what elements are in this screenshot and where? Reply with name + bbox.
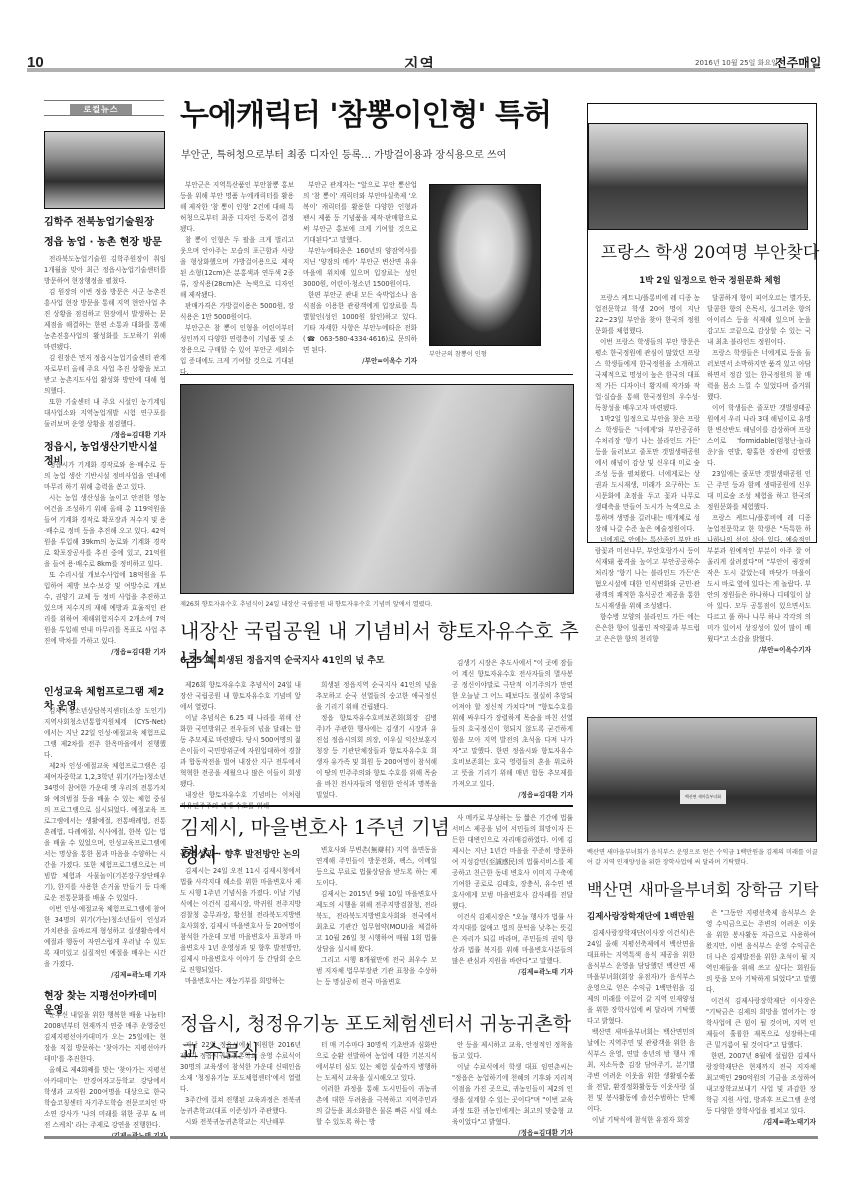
paragraph: 내장산 향토자유수호 기념비는 이처럼 자유민주주의 체제 수호를 위해 xyxy=(180,790,301,812)
byline: /부안=이옥수기자 xyxy=(707,645,811,656)
memorial-column-3: 김생기 시장은 추도사에서 "이 곳에 잠들어 계신 향토자유수호 전사자들의 … xyxy=(452,658,573,801)
paragraph: 변호사와 무변촌(無辯村) 지역 읍면동을 연계해 주민들이 방문전화, 팩스,… xyxy=(316,845,437,889)
byline: /김제=곽노태 기자 xyxy=(452,967,573,978)
donation-sign: 백산면 새마을부녀회 xyxy=(680,790,726,804)
paragraph: 1박2일 일정으로 부안을 찾은 프랑스 학생들은 '너에게'와 부안공공하수처… xyxy=(595,414,700,535)
paragraph: 김제시는 24일 오전 11시 김제시청에서 법률 사각지대 해소를 위한 마을… xyxy=(180,866,301,976)
scholarship-column-2: 은 "그동안 지평선축제 음식부스 운영 수익금으로는 주변의 어려운 이웃을 … xyxy=(706,908,816,1128)
lawyer-column-2: 변호사와 무변촌(無辯村) 지역 읍면동을 연계해 주민들이 방문전화, 팩스,… xyxy=(316,845,437,988)
paragraph: 이어 학생들은 줄포만 갯벌생태공원에서 우리 나라 3대 해넘이로 유명한 변… xyxy=(707,403,811,469)
farming-column-1: 지난 22일 정읍시에서 지원한 2016년 제4기 정읍시귀농귀촌학교 운영 … xyxy=(180,1040,301,1128)
france-column-1: 프랑스 케트니/플롱비에 레 디종 농업전문학교 학생 20여 명이 지난 22… xyxy=(595,293,700,645)
paragraph: 이번 프랑스 학생들의 부안 방문은 평소 한국정원에 관심이 많았던 프랑스 … xyxy=(595,337,700,414)
memorial-photo xyxy=(180,384,574,594)
article-body: 정읍시가 기계화 경작로와 용·배수로 등의 농업 생산 기반시설 정비사업을 … xyxy=(44,460,166,658)
paragraph: 그리고 시행 8개월만에 전국 최우수 모범 지자체 법무부장관 기관 표창을 … xyxy=(316,955,437,988)
memorial-subheadline: 6.25 때 희생된 정읍지역 순국지사 41인의 넋 추모 xyxy=(180,653,440,666)
paragraph: 시와 전북귀농귀촌학교는 지난해부 xyxy=(180,1117,301,1128)
byline: /정읍=김대환 기자 xyxy=(44,647,166,658)
memorial-column-2: 희생된 정읍지역 순국지사 41인의 넋을 추모하고 순국 선열들의 숭고한 애… xyxy=(316,680,437,801)
paragraph: 정읍 향토자유수호비보존회(회장 김병주)가 주관한 행사에는 김생기 시장과 … xyxy=(316,713,437,801)
paragraph: 이건식 김제사랑장학재단 이사장은 "기탁금은 김제의 희망을 열어가는 장학사… xyxy=(706,996,816,1051)
paragraph: 사 메카로 부상하는 등 짧은 기간에 법률서비스 제공을 넘어 서민들의 희망… xyxy=(452,813,573,912)
sidebar-label-rule-top xyxy=(44,100,164,101)
header-divider xyxy=(27,68,815,72)
article-body: 전라북도농업기술원 김학주원장이 취임 1개월을 맞아 최근 정읍시농업기술센터… xyxy=(44,254,166,441)
paragraph: 이날 기탁식에 참석한 유점자 회장 xyxy=(587,1115,695,1126)
students-photo xyxy=(588,123,808,230)
paragraph: 부안누에타운은 160년의 양잠역사를 지닌 '양잠의 메카' 부안군 변산면 … xyxy=(303,246,417,290)
paragraph: 3주간에 걸쳐 진행된 교육과정은 전북귀농귀촌학교(대표 이준성)가 주관했다… xyxy=(180,1095,301,1117)
farming-column-3: 안 등을 제시하고 교육, 안정적인 정착을 돕고 있다. 이날 수료식에서 학… xyxy=(452,1040,573,1139)
article-subtitle: 정읍 농업 · 농촌 현장 방문 xyxy=(44,236,168,250)
paragraph: 이날 추념식은 6.25 때 나라를 위해 산화한 국민방위군 전우들의 넋을 … xyxy=(180,713,301,790)
paragraph: 시는 농업 생산성을 높이고 안전한 영농 여건을 조성하기 위해 올해 총 1… xyxy=(44,493,166,570)
byline: /김제=곽노태기자 xyxy=(706,1117,816,1128)
byline: /김제=곽노태 기자 xyxy=(44,970,166,981)
article-title: 김학주 전북농업기술원장 xyxy=(44,216,168,230)
paragraph: 향수병 모양의 블라인드 가든 에는 은은한 향이 일품인 작약꽃과 부드럽고 … xyxy=(595,612,700,645)
paragraph: 부안군은 참 뽕이 인형을 어린이부터 성인까지 다양한 연령층이 기념품 및 … xyxy=(180,323,294,378)
paragraph: 올해로 제4회째를 맞는 '찾아가는 지평선아카데미'는 만경여자고등학교 강당… xyxy=(44,1065,166,1131)
farming-column-2: 터 매 기수마다 30명씩 기초반과 심화반으로 순환 선발하여 농업에 대한 … xyxy=(316,1040,437,1128)
lead-column-1: 부안군은 지역특산품인 부안참뽕 홍보 등을 위해 부안 명품 누에캐릭터를 활… xyxy=(180,180,294,378)
memorial-bottom-rule xyxy=(180,805,573,807)
paragraph: 23일에는 줄포만 갯벌생태공원 인근 주민 등과 함께 생태공원에 신우대 미… xyxy=(707,469,811,513)
paragraph: 은 "그동안 지평선축제 음식부스 운영 수익금으로는 주변의 어려운 이웃을 … xyxy=(706,908,816,996)
paragraph: 백산면 새마을부녀회는 백산면민의 날에는 지역주민 및 관광객을 위한 음식부… xyxy=(587,1027,695,1115)
sidebar-label: 로컬뉴스 xyxy=(70,104,132,115)
paragraph: 제26회 향토자유수호 추념식이 24일 내장산 국립공원 내 향토자유수호 기… xyxy=(180,680,301,713)
visit-photo xyxy=(44,131,165,209)
paragraph: 터 매 기수마다 30명씩 기초반과 심화반으로 순환 선발하여 농업에 대한 … xyxy=(316,1040,437,1084)
paragraph: 전라북도농업기술원 김학주원장이 취임 1개월을 맞아 최근 정읍시농업기술센터… xyxy=(44,254,166,287)
paragraph: 희생된 정읍지역 순국지사 41인의 넋을 추모하고 순국 선열들의 숭고한 애… xyxy=(316,680,437,713)
paragraph: 정읍시가 기계화 경작로와 용·배수로 등의 농업 생산 기반시설 정비사업을 … xyxy=(44,460,166,493)
paragraph: 이날 수료식에서 학생 대표 임연춘씨는 "정읍은 농업하기에 천혜의 기후와 … xyxy=(452,1062,573,1128)
scholarship-headline: 백산면 새마을부녀회 장학금 기탁 xyxy=(587,878,827,902)
article-body: 김제시청소년상담복지센터(소장 도인기) 지역사회청소년통합지원체계 (CYS-… xyxy=(44,706,166,981)
paragraph: 달콤하게 향이 피어오르는 별가뭇, 달콤한 향의 은목서, 싱그러운 향의 아… xyxy=(707,293,811,348)
doll-photo xyxy=(429,184,541,346)
paragraph: 또 수리시설 개보수사업에 18억원을 투입하여 제방 보수·보강 및 여방수로… xyxy=(44,570,166,647)
paragraph: 프랑스 학생들은 너에게로 등을 둘러보면서 소박하지만 품격 있고 아담하면서… xyxy=(707,348,811,403)
doll-photo-caption: 부안군의 참뽕이 인형 xyxy=(429,350,549,360)
issue-date: 2016년 10월 25일 화요일 xyxy=(695,58,778,68)
paragraph: 참 뽕이 인형은 두 팔을 크게 벌리고 웃으며 안아주는 모습의 포근함과 사… xyxy=(180,235,294,301)
paragraph: 이건식 김제시장은 "오늘 행사가 법률 사각지대를 없애고 법의 문턱을 낮추… xyxy=(452,912,573,967)
paragraph: 한편, 2007년 8월에 설립한 김제사랑장학재단은 현재까지 전국 지자체 … xyxy=(706,1051,816,1117)
paragraph: 김제사랑장학재단(이사장 이건식)은 24일 올해 지평선축제에서 백산면을 대… xyxy=(587,928,695,1027)
memorial-photo-caption: 제26회 향토자유수호 추념식이 24일 내장산 국립공원 내 향토자유수호 기… xyxy=(180,600,574,610)
byline: /정읍=김대환 기자 xyxy=(452,790,573,801)
lead-headline: 누에캐릭터 '참뽕이인형' 특허 xyxy=(180,96,570,136)
france-subheadline: 1박 2일 일정으로 한국 정원문화 체험 xyxy=(600,274,820,286)
lawyer-column-3: 사 메카로 부상하는 등 짧은 기간에 법률서비스 제공을 넘어 서민들의 희망… xyxy=(452,813,573,978)
paragraph: 또한 기술센터 내 주요 시설인 농기계임대사업소와 지역농업개발 시험 연구포… xyxy=(44,397,166,430)
paragraph: 이러한 과정을 통해 도시민들이 귀농귀촌에 대한 두려움을 극복하고 지역주민… xyxy=(316,1084,437,1128)
sidebar-bottom-rule xyxy=(44,1136,168,1139)
byline: /부안=이옥수 기자 xyxy=(303,356,417,367)
lawyer-subheadline: 운영성과 · 향후 발전방안 논의 xyxy=(180,847,310,860)
article-body: 눈부신 내일을 위한 행복한 배움 나눔터! 2008년부터 현재까지 연중 매… xyxy=(44,1010,166,1142)
memorial-column-1: 제26회 향토자유수호 추념식이 24일 내장산 국립공원 내 향토자유수호 기… xyxy=(180,680,301,812)
paragraph: 김제시는 2015년 9월 10일 마을변호사 제도의 시행을 위해 전주지방검… xyxy=(316,889,437,955)
scholarship-column-1: 김제사랑장학재단(이사장 이건식)은 24일 올해 지평선축제에서 백산면을 대… xyxy=(587,928,695,1126)
paragraph: 마을변호사는 재능기부를 희망하는 xyxy=(180,976,301,987)
paragraph: 김생기 시장은 추도사에서 "이 곳에 잠들어 계신 향토자유수호 전사자들의 … xyxy=(452,658,573,790)
page-bottom-rule xyxy=(170,1136,818,1139)
paragraph: 김 원장은 먼저 정읍시농업기술센터 관계자로부터 올해 주요 사업 추진 상황… xyxy=(44,353,166,397)
byline: /정읍=김대환 기자 xyxy=(44,430,166,441)
paragraph: 김 원장의 이번 정읍 방문은 시군 농촌진흥사업 현장 방문을 통해 지역 현… xyxy=(44,287,166,353)
paragraph: 눈부신 내일을 위한 행복한 배움 나눔터! 2008년부터 현재까지 연중 매… xyxy=(44,1010,166,1065)
paragraph: 부안군은 지역특산품인 부안참뽕 홍보 등을 위해 부안 명품 누에캐릭터를 활… xyxy=(180,180,294,235)
lead-bottom-rule xyxy=(180,374,573,375)
france-column-2: 달콤하게 향이 피어오르는 별가뭇, 달콤한 향의 은목서, 싱그러운 향의 아… xyxy=(707,293,811,656)
sidebar-label-rule-bottom xyxy=(44,115,164,116)
paragraph: 한편 부안군 관내 모든 숙박업소나 음식점을 이용한 관광객에게 입장료를 특… xyxy=(303,290,417,356)
paragraph: 김제시청소년상담복지센터(소장 도인기) 지역사회청소년통합지원체계 (CYS-… xyxy=(44,706,166,761)
paragraph: 판매가격은 가방걸이용은 5000원, 장식용은 1만 5000원이다. xyxy=(180,301,294,323)
france-headline: 프랑스 학생 20여명 부안찾다 xyxy=(600,241,820,265)
paragraph: 너에게로 안에는 특산종인 부안 바람꽃과 미선나무, 부안호랑가시 등이 식재… xyxy=(595,535,700,612)
paragraph: 부안군 관계자는 "앞으로 부안 뽕산업의 '참 뽕이' 캐릭터와 부안마실축제… xyxy=(303,180,417,246)
paragraph: 제2차 인성·예절교육 체험프로그램은 김제여자중학교 1,2,3학년 위기(가… xyxy=(44,761,166,904)
lead-subheadline: 부안군, 특허청으로부터 최종 디자인 등록… 가방걸이용과 장식용으로 쓰여 xyxy=(181,146,571,161)
paragraph: 지난 22일 정읍시에서 지원한 2016년 제4기 정읍시귀농귀촌학교 운영 … xyxy=(180,1040,301,1095)
paragraph: 안 등을 제시하고 교육, 안정적인 정착을 돕고 있다. xyxy=(452,1040,573,1062)
lawyer-column-1: 김제시는 24일 오전 11시 김제시청에서 법률 사각지대 해소를 위한 마을… xyxy=(180,866,301,987)
scholarship-photo-caption: 백산면 새마을부녀회가 음식부스 운영으로 얻은 수익금 1백만원을 김제의 미… xyxy=(587,848,819,868)
scholarship-subheadline: 김제사랑장학재단에 1백만원 xyxy=(587,910,707,922)
paragraph: 프랑스 케트니/플롱비에 레 디종 농업전문학교 한 학생은 "독특한 하나하나… xyxy=(707,513,811,645)
lead-column-2: 부안군 관계자는 "앞으로 부안 뽕산업의 '참 뽕이' 캐릭터와 부안마실축제… xyxy=(303,180,417,367)
paragraph: 이번 인성·예절교육 체험프로그램에 참여한 34명의 위기(가능)청소년들이 … xyxy=(44,904,166,970)
scholarship-photo: 백산면 새마을부녀회 xyxy=(587,717,817,842)
paragraph: 프랑스 케트니/플롱비에 레 디종 농업전문학교 학생 20여 명이 지난 22… xyxy=(595,293,700,337)
